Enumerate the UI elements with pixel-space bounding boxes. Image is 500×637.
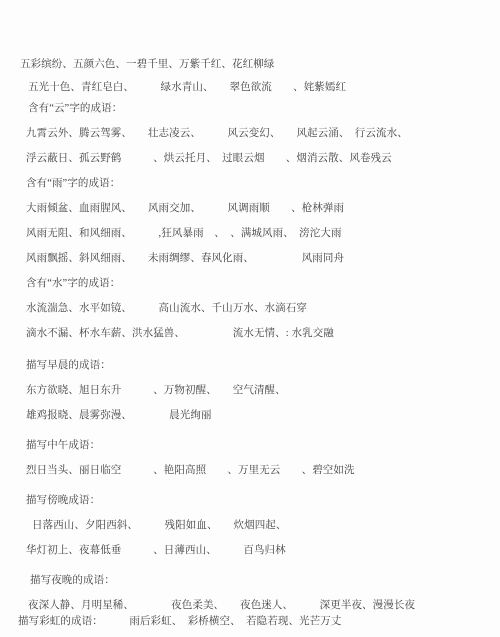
heading-water-idioms: 含有“水”字的成语： — [26, 277, 120, 291]
morning-idioms-row-1: 东方欲晓、旭日东升 、万物初醒、 空气清醒、 — [26, 384, 286, 398]
color-idioms-row-2: 五光十色、青红皂白、 绿水青山、 翠色欲流 、姹紫嫣红 — [28, 81, 346, 95]
rain-idioms-row-3: 风雨飘摇、斜风细雨、 未雨绸缪、春风化雨、 风雨同舟 — [26, 252, 344, 266]
color-idioms-row-1: 五彩缤纷、五颜六色、一碧千里、万紫千红、花红柳绿 — [20, 58, 274, 72]
water-idioms-row-2: 滴水不漏、杯水车薪、洪水猛兽、 流水无情、: 水乳交融 — [26, 327, 334, 341]
evening-idioms-row-2: 华灯初上、夜幕低垂 、日薄西山、 百鸟归林 — [26, 544, 286, 558]
noon-idioms-row-1: 烈日当头、丽日临空 、艳阳高照 、万里无云 、碧空如洗 — [26, 464, 355, 478]
water-idioms-row-1: 水流湍急、水平如镜、 高山流水、千山万水、水滴石穿 — [26, 302, 307, 316]
heading-noon-idioms: 描写中午成语： — [26, 439, 100, 453]
heading-rain-idioms: 含有“雨”字的成语： — [26, 177, 120, 191]
rain-idioms-row-2: 风雨无阻、和风细雨、 ,狂风暴雨 、 、满城风雨、 滂沱大雨 — [26, 227, 342, 241]
rain-idioms-row-1: 大雨倾盆、血雨腥风、 风雨交加、 风调雨顺 、枪林弹雨 — [26, 202, 344, 216]
cloud-idioms-row-1: 九霄云外、腾云驾雾、 壮志凌云、 风云变幻、 风起云涌、 行云流水、 — [26, 127, 408, 141]
cloud-idioms-row-2: 浮云蔽日、孤云野鹤 、烘云托月、 过眼云烟 、烟消云散、风卷残云 — [26, 152, 392, 166]
heading-night-idioms: 描写夜晚的成语： — [30, 574, 115, 588]
morning-idioms-row-2: 雄鸡报晓、晨雾弥漫、 晨光绚丽 — [26, 409, 212, 423]
heading-morning-idioms: 描写早晨的成语： — [26, 359, 111, 373]
rainbow-idioms-row: 描写彩虹的成语： 雨后彩虹、 彩桥横空、 若隐若现、光芒万丈 — [18, 615, 341, 629]
evening-idioms-row-1: 日落西山、夕阳西斜、 残阳如血、 炊烟四起、 — [32, 519, 287, 533]
heading-cloud-idioms: 含有“云”字的成语： — [28, 102, 122, 116]
document-page: 五彩缤纷、五颜六色、一碧千里、万紫千红、花红柳绿 五光十色、青红皂白、 绿水青山… — [0, 0, 500, 637]
night-idioms-row-1: 夜深人静、月明星稀、 夜色柔美、 夜色迷人、 深更半夜、漫漫长夜 — [28, 599, 415, 613]
heading-evening-idioms: 描写傍晚成语： — [26, 494, 100, 508]
